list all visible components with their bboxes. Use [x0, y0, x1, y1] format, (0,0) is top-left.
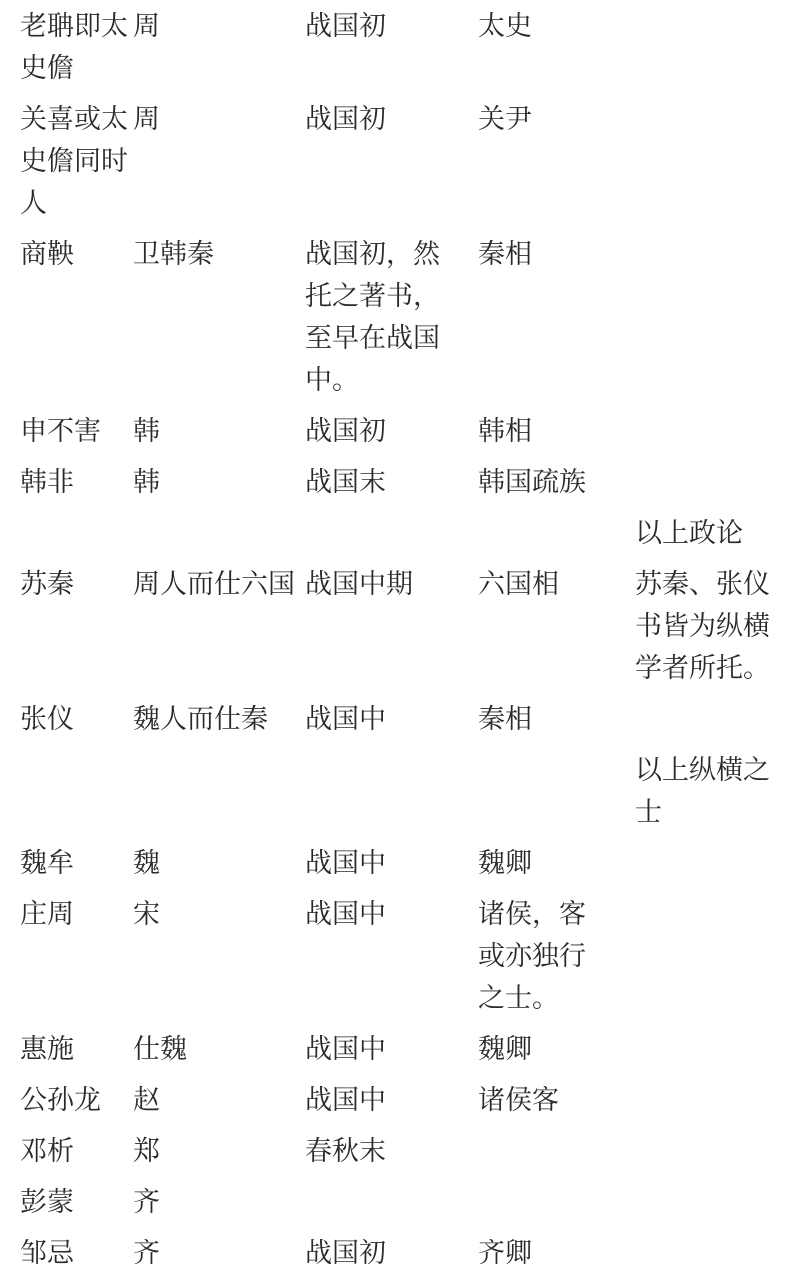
cell-role: 关尹 — [478, 99, 628, 141]
table-row: 邹忌 齐 战国初 齐卿 — [0, 1233, 800, 1275]
cell-note: 以上政论 — [635, 513, 795, 555]
cell-name: 韩非 — [20, 462, 130, 504]
table-row: 张仪 魏人而仕秦 战国中 秦相 — [0, 699, 800, 741]
cell-name: 庄周 — [20, 894, 130, 936]
cell-period: 战国中 — [305, 894, 473, 936]
cell-state: 齐 — [133, 1233, 301, 1275]
cell-period: 战国末 — [305, 462, 473, 504]
cell-state: 仕魏 — [133, 1029, 301, 1071]
cell-role: 齐卿 — [478, 1233, 628, 1275]
cell-period: 战国初 — [305, 1233, 473, 1275]
cell-role: 诸侯客 — [478, 1080, 628, 1122]
cell-name: 彭蒙 — [20, 1182, 130, 1224]
cell-period: 战国初 — [305, 99, 473, 141]
cell-period: 战国中 — [305, 699, 473, 741]
cell-role: 秦相 — [478, 699, 628, 741]
cell-state: 韩 — [133, 411, 301, 453]
cell-name: 苏秦 — [20, 564, 130, 606]
table-row: 商鞅 卫韩秦 战国初，然托之著书，至早在战国中。 秦相 — [0, 234, 800, 402]
cell-state: 周 — [133, 99, 301, 141]
cell-role: 魏卿 — [478, 1029, 628, 1071]
table-row-section-note: 以上政论 — [0, 513, 800, 555]
cell-role: 秦相 — [478, 234, 628, 276]
cell-state: 周人而仕六国 — [133, 564, 301, 606]
table-row: 惠施 仕魏 战国中 魏卿 — [0, 1029, 800, 1071]
cell-name: 申不害 — [20, 411, 130, 453]
table-row: 彭蒙 齐 — [0, 1182, 800, 1224]
cell-state: 宋 — [133, 894, 301, 936]
cell-state: 周 — [133, 6, 301, 48]
cell-name: 邓析 — [20, 1131, 130, 1173]
cell-role: 六国相 — [478, 564, 628, 606]
cell-name: 张仪 — [20, 699, 130, 741]
cell-state: 魏 — [133, 843, 301, 885]
cell-period: 春秋末 — [305, 1131, 473, 1173]
table-row: 韩非 韩 战国末 韩国疏族 — [0, 462, 800, 504]
cell-role: 魏卿 — [478, 843, 628, 885]
cell-name: 老聃即太史儋 — [20, 6, 132, 90]
cell-name: 关喜或太史儋同时人 — [20, 99, 132, 225]
cell-role: 韩国疏族 — [478, 462, 628, 504]
cell-note: 以上纵横之士 — [635, 750, 795, 834]
table-row: 庄周 宋 战国中 诸侯，客或亦独行之士。 — [0, 894, 800, 1020]
cell-name: 邹忌 — [20, 1233, 130, 1275]
table-row: 公孙龙 赵 战国中 诸侯客 — [0, 1080, 800, 1122]
table-row: 关喜或太史儋同时人 周 战国初 关尹 — [0, 99, 800, 225]
cell-period: 战国初 — [305, 6, 473, 48]
cell-period: 战国中期 — [305, 564, 473, 606]
table-row: 老聃即太史儋 周 战国初 太史 — [0, 6, 800, 90]
cell-role: 太史 — [478, 6, 628, 48]
cell-state: 魏人而仕秦 — [133, 699, 308, 741]
table-row-section-note: 以上纵横之士 — [0, 750, 800, 834]
cell-period: 战国初，然托之著书，至早在战国中。 — [305, 234, 465, 402]
cell-state: 郑 — [133, 1131, 301, 1173]
cell-name: 魏牟 — [20, 843, 130, 885]
table-row: 苏秦 周人而仕六国 战国中期 六国相 苏秦、张仪书皆为纵横学者所托。 — [0, 564, 800, 690]
cell-name: 惠施 — [20, 1029, 130, 1071]
cell-period: 战国中 — [305, 1029, 473, 1071]
scholars-table: 老聃即太史儋 周 战国初 太史 关喜或太史儋同时人 周 战国初 关尹 商鞅 卫韩… — [0, 0, 800, 1275]
cell-period: 战国初 — [305, 411, 473, 453]
cell-state: 韩 — [133, 462, 301, 504]
cell-period: 战国中 — [305, 843, 473, 885]
cell-name: 商鞅 — [20, 234, 130, 276]
cell-state: 赵 — [133, 1080, 301, 1122]
table-row: 邓析 郑 春秋末 — [0, 1131, 800, 1173]
table-row: 魏牟 魏 战国中 魏卿 — [0, 843, 800, 885]
cell-name: 公孙龙 — [20, 1080, 132, 1122]
table-row: 申不害 韩 战国初 韩相 — [0, 411, 800, 453]
cell-state: 齐 — [133, 1182, 301, 1224]
cell-role: 诸侯，客或亦独行之士。 — [478, 894, 608, 1020]
cell-state: 卫韩秦 — [133, 234, 301, 276]
cell-role: 韩相 — [478, 411, 628, 453]
cell-note: 苏秦、张仪书皆为纵横学者所托。 — [635, 564, 795, 690]
cell-period: 战国中 — [305, 1080, 473, 1122]
